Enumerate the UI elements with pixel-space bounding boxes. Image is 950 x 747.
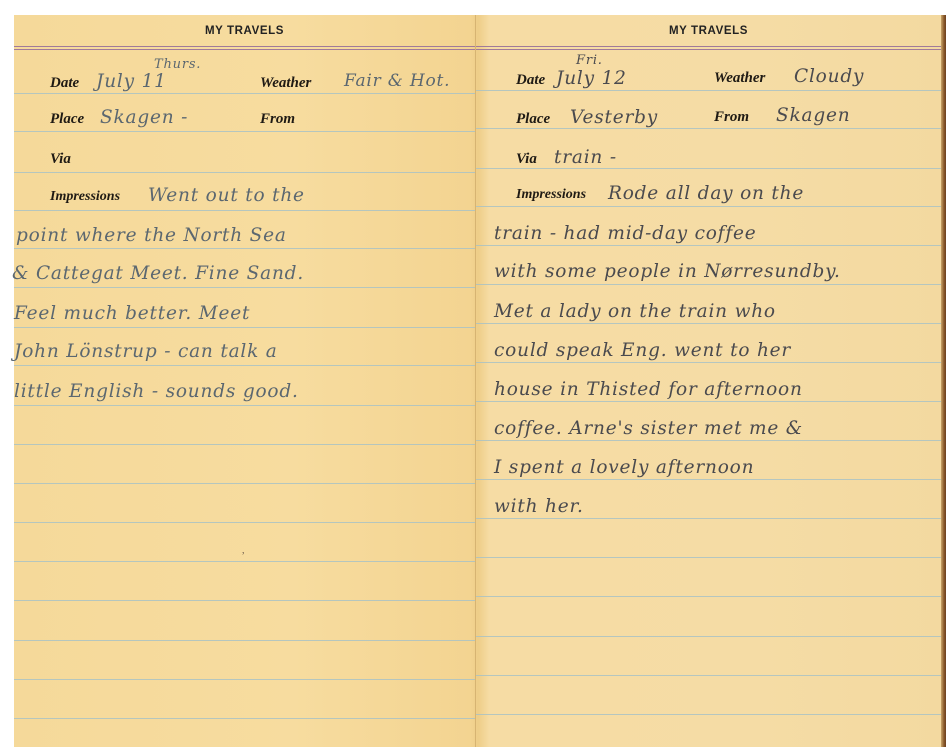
impressions-line: with her. [494, 496, 584, 517]
ruled-line [476, 675, 941, 676]
impressions-line: little English - sounds good. [14, 381, 299, 402]
ruled-line [476, 557, 941, 558]
impressions-line: Feel much better. Meet [14, 303, 250, 324]
impressions-label: Impressions [50, 189, 120, 205]
left-page: MY TRAVELS Date Thurs. July 11 Weather F… [14, 15, 475, 747]
ruled-line [14, 93, 475, 94]
impressions-line: Rode all day on the [608, 183, 804, 204]
ruled-line [476, 168, 941, 169]
weather-label: Weather [260, 75, 311, 92]
impressions-line: John Lönstrup - can talk a [14, 341, 278, 362]
header-double-rule [14, 46, 475, 50]
page-header-title: MY TRAVELS [14, 25, 475, 37]
day-entry: Fri. [576, 53, 603, 68]
ruled-line [14, 210, 475, 211]
from-entry: Skagen [776, 105, 850, 126]
place-label: Place [50, 111, 84, 128]
ruled-line [14, 365, 475, 366]
diary-spread: MY TRAVELS Date Thurs. July 11 Weather F… [14, 15, 946, 747]
weather-entry: Cloudy [794, 66, 864, 87]
ruled-line [14, 287, 475, 288]
book-binding-edge [941, 15, 946, 747]
ruled-line [14, 444, 475, 445]
impressions-line: I spent a lovely afternoon [494, 457, 754, 478]
impressions-line: train - had mid-day coffee [494, 223, 756, 244]
ruled-line [14, 327, 475, 328]
ruled-line [14, 131, 475, 132]
weather-label: Weather [714, 70, 765, 87]
ruled-line [476, 518, 941, 519]
via-label: Via [50, 151, 71, 168]
ruled-line [476, 323, 941, 324]
ruled-line [14, 679, 475, 680]
date-entry: July 12 [556, 68, 627, 89]
ruled-line [476, 440, 941, 441]
weather-entry: Fair & Hot. [344, 71, 450, 91]
impressions-line: with some people in Nørresundby. [494, 261, 841, 282]
day-entry: Thurs. [154, 57, 201, 72]
impressions-line: Went out to the [148, 185, 305, 206]
ruled-line [14, 405, 475, 406]
place-label: Place [516, 111, 550, 128]
ruled-line [476, 206, 941, 207]
ruled-line [14, 522, 475, 523]
impressions-line: could speak Eng. went to her [494, 340, 791, 361]
ruled-line [14, 640, 475, 641]
via-label: Via [516, 151, 537, 168]
impressions-label: Impressions [516, 187, 586, 203]
date-label: Date [516, 72, 545, 89]
date-entry: July 11 [96, 71, 167, 92]
ruled-line [14, 248, 475, 249]
ruled-line [14, 483, 475, 484]
date-label: Date [50, 75, 79, 92]
from-label: From [714, 109, 749, 126]
place-entry: Vesterby [570, 107, 658, 128]
ruled-line [14, 172, 475, 173]
impressions-line: point where the North Sea [16, 225, 287, 246]
impressions-line: & Cattegat Meet. Fine Sand. [12, 263, 304, 284]
ruled-line [14, 561, 475, 562]
impressions-line: house in Thisted for afternoon [494, 379, 803, 400]
ruled-line [476, 90, 941, 91]
ink-speck: , [242, 545, 245, 556]
place-entry: Skagen - [100, 107, 188, 128]
header-double-rule [476, 46, 941, 50]
ruled-line [476, 401, 941, 402]
ruled-line [476, 284, 941, 285]
impressions-line: coffee. Arne's sister met me & [494, 418, 803, 439]
ruled-line [476, 245, 941, 246]
ruled-line [476, 714, 941, 715]
ruled-line [476, 596, 941, 597]
ruled-line [14, 718, 475, 719]
ruled-line [476, 479, 941, 480]
ruled-line [476, 362, 941, 363]
ruled-line [14, 600, 475, 601]
via-entry: train - [554, 147, 617, 168]
impressions-line: Met a lady on the train who [494, 301, 776, 322]
from-label: From [260, 111, 295, 128]
ruled-line [476, 128, 941, 129]
ruled-line [476, 636, 941, 637]
page-header-title: MY TRAVELS [476, 25, 941, 37]
right-page: MY TRAVELS Date Fri. July 12 Weather Clo… [476, 15, 941, 747]
